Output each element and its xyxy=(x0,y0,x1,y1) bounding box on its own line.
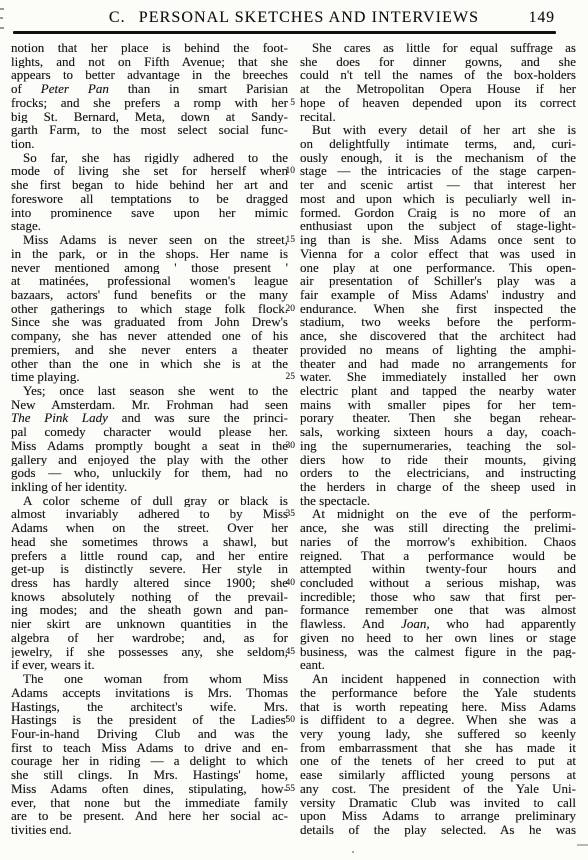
text-line: ing modes; and the sheath gown and pan- xyxy=(11,603,288,617)
text-line: the spectacle. xyxy=(300,494,576,508)
text-line: premiers, and she never enters a theater xyxy=(11,343,288,357)
text-line: she does for dinner gowns, and she xyxy=(300,55,576,69)
text-line: Hastings is the president of the Ladies' xyxy=(11,713,288,727)
line-number: 30 xyxy=(286,441,296,452)
text-line: ever, that none but the immediate family xyxy=(11,796,288,810)
text-line: At midnight on the eve of the perform- xyxy=(300,507,576,521)
text-line: ance, she discovered that the architect … xyxy=(300,329,576,343)
paragraph: She cares as little for equal suffrage a… xyxy=(300,41,576,123)
text-line: gallery and enjoyed the play with the ot… xyxy=(11,453,288,467)
text-line: Miss Adams often dines, stipulating, how… xyxy=(11,782,288,796)
paragraph: Miss Adams is never seen on the street,i… xyxy=(11,233,288,384)
paragraph: But with every detail of her art she iso… xyxy=(300,123,576,507)
text-line: New Amsterdam. Mr. Frohman had seen xyxy=(11,398,288,412)
text-line: formance remember one that was almost xyxy=(300,603,576,617)
text-line: appears to better advantage in the breec… xyxy=(11,68,288,82)
text-line: ing the supernumeraries, teaching the so… xyxy=(300,439,576,453)
text-line: get-up is distinctly severe. Her style i… xyxy=(11,562,288,576)
text-line: mains with smaller pipes for her tem- xyxy=(300,398,576,412)
text-line: the performance before the Yale students xyxy=(300,686,576,700)
line-number: 5 xyxy=(290,98,295,109)
text-line: big St. Bernard, Meta, down at Sandy- xyxy=(11,110,288,124)
text-line: hope of heaven depended upon its correct xyxy=(300,96,576,110)
text-line: enthusiast upon the subject of stage-lig… xyxy=(300,219,576,233)
text-line: tion. xyxy=(11,137,288,151)
paragraph: notion that her place is behind the foot… xyxy=(11,41,288,151)
text-line: company, she has never attended one of h… xyxy=(11,329,288,343)
text-line: one of the tenets of her creed to put at xyxy=(300,754,576,768)
text-line: business, was the calmest figure in the … xyxy=(300,645,576,659)
text-line: Four-in-hand Driving Club and was the xyxy=(11,727,288,741)
text-line: Adams accepts invitations is Mrs. Thomas xyxy=(11,686,288,700)
text-line: She cares as little for equal suffrage a… xyxy=(300,41,576,55)
text-line: naries of the morrow's exhibition. Chaos xyxy=(300,535,576,549)
text-line: Since she was graduated from John Drew's xyxy=(11,315,288,329)
text-line: very young lady, she suffered so keenly xyxy=(300,727,576,741)
text-line: could n't tell the names of the box-hold… xyxy=(300,68,576,82)
scan-artifact xyxy=(0,27,4,29)
text-line: the herders in charge of the sheep used … xyxy=(300,480,576,494)
scan-artifact xyxy=(352,851,354,853)
text-line: lights, and not on Fifth Avenue; that sh… xyxy=(11,55,288,69)
text-line: ter and scenic artist — that interest he… xyxy=(300,178,576,192)
text-line: Miss Adams is never seen on the street, xyxy=(11,233,288,247)
text-line: one play at one performance. This open- xyxy=(300,261,576,275)
text-line: ously enough, it is the mechanism of the xyxy=(300,151,576,165)
text-line: she still clings. In Mrs. Hastings' home… xyxy=(11,768,288,782)
text-line: Yes; once last season she went to the xyxy=(11,384,288,398)
text-line: water. She immediately installed her own xyxy=(300,370,576,384)
text-line: most and upon which is peculiarly well i… xyxy=(300,192,576,206)
line-number: 50 xyxy=(286,715,296,726)
text-line: into prominence save upon her mimic xyxy=(11,206,288,220)
page-title: PERSONAL SKETCHES AND INTERVIEWS xyxy=(139,9,479,26)
text-line: given no heed to her own lines or stage xyxy=(300,631,576,645)
text-line: stage. xyxy=(11,219,288,233)
text-line: versity Dramatic Club was invited to cal… xyxy=(300,796,576,810)
scan-artifact xyxy=(0,8,4,10)
text-line: almost invariably adhered to by Miss xyxy=(11,507,288,521)
text-line: notion that her place is behind the foot… xyxy=(11,41,288,55)
text-line: Miss Adams promptly bought a seat in the xyxy=(11,439,288,453)
text-line: garth Farm, to the most select social fu… xyxy=(11,123,288,137)
scan-artifact xyxy=(0,17,3,19)
text-line: ance, she was still directing the prelim… xyxy=(300,521,576,535)
text-line: The Pink Lady and was sure the princi- xyxy=(11,411,288,425)
text-line: reigned. That a performance would be xyxy=(300,549,576,563)
paragraph: Yes; once last season she went to theNew… xyxy=(11,384,288,494)
text-line: if ever, wears it. xyxy=(11,658,288,672)
text-line: air presentation of Schiller's play was … xyxy=(300,274,576,288)
text-line: tivities end. xyxy=(11,823,288,837)
text-line: attempted within twenty-four hours and xyxy=(300,562,576,576)
text-line: Adams when on the street. Over her xyxy=(11,521,288,535)
text-line: ease similarly afflicted young persons a… xyxy=(300,768,576,782)
text-line: other gatherings to which stage folk flo… xyxy=(11,302,288,316)
text-line: flawless. And Joan, who had apparently xyxy=(300,617,576,631)
text-line: gods — who, unluckily for them, had no xyxy=(11,466,288,480)
text-line: foreswore all temptations to be dragged xyxy=(11,192,288,206)
text-line: Hastings, the architect's wife. Mrs. xyxy=(11,700,288,714)
text-line: porary theater. Then she began rehear- xyxy=(300,411,576,425)
book-page: C.PERSONAL SKETCHES AND INTERVIEWS 149 n… xyxy=(0,0,588,860)
text-line: The one woman from whom Miss xyxy=(11,672,288,686)
text-line: other than the one in which she is at th… xyxy=(11,357,288,371)
text-line: formed. Gordon Craig is no more of an xyxy=(300,206,576,220)
text-line: nier skirt are unknown quantities in the xyxy=(11,617,288,631)
header-rule xyxy=(13,31,556,34)
text-line: incredible; those who saw that first per… xyxy=(300,590,576,604)
text-line: pal comedy character would please her. xyxy=(11,425,288,439)
text-line: courage her in riding — a delight to whi… xyxy=(11,754,288,768)
left-column: notion that her place is behind the foot… xyxy=(11,41,288,837)
text-line: But with every detail of her art she is xyxy=(300,123,576,137)
line-number: 45 xyxy=(286,647,296,658)
paragraph: An incident happened in connection witht… xyxy=(300,672,576,837)
paragraph: So far, she has rigidly adhered to themo… xyxy=(11,151,288,233)
text-line: mode of living she set for herself when xyxy=(11,164,288,178)
text-line: diers how to ride their mounts, giving xyxy=(300,453,576,467)
line-number: 25 xyxy=(286,372,296,383)
text-line: stage — the intricacies of the stage car… xyxy=(300,164,576,178)
text-line: in the park, or in the shops. Her name i… xyxy=(11,247,288,261)
text-line: frocks; and she prefers a romp with her xyxy=(11,96,288,110)
text-line: first to teach Miss Adams to drive and e… xyxy=(11,741,288,755)
scan-artifact xyxy=(577,844,588,846)
text-line: theater and had made no arrangements for xyxy=(300,357,576,371)
text-line: electric plant and tapped the nearby wat… xyxy=(300,384,576,398)
text-line: from embarrassment that she has made it xyxy=(300,741,576,755)
running-head: C.PERSONAL SKETCHES AND INTERVIEWS xyxy=(0,9,588,27)
text-line: stadium, two weeks before the perform- xyxy=(300,315,576,329)
text-line: Vienna for a color effect that was used … xyxy=(300,247,576,261)
text-line: upon Miss Adams to arrange preliminary xyxy=(300,809,576,823)
text-line: inkling of her identity. xyxy=(11,480,288,494)
text-line: fair example of Miss Adams' industry and xyxy=(300,288,576,302)
text-line: bazaars, actors' fund benefits or the ma… xyxy=(11,288,288,302)
line-number: 55 xyxy=(286,784,296,795)
paragraph: A color scheme of dull gray or black isa… xyxy=(11,494,288,672)
text-line: that is worth repeating here. Miss Adams xyxy=(300,700,576,714)
text-line: A color scheme of dull gray or black is xyxy=(11,494,288,508)
text-line: time playing. xyxy=(11,370,288,384)
line-number: 35 xyxy=(286,509,296,520)
text-line: An incident happened in connection with xyxy=(300,672,576,686)
text-line: ing than is she. Miss Adams once sent to xyxy=(300,233,576,247)
text-line: is diffident to a degree. When she was a xyxy=(300,713,576,727)
text-line: orders to the electricians, and instruct… xyxy=(300,466,576,480)
text-line: are to be present. And here her social a… xyxy=(11,809,288,823)
text-line: algebra of her wardrobe; and, as for xyxy=(11,631,288,645)
text-line: head she sometimes throws a shawl, but xyxy=(11,535,288,549)
line-number: 15 xyxy=(286,235,296,246)
line-number-gutter: 510152025303540455055 xyxy=(277,41,296,841)
text-line: prefers a little round cap, and her enti… xyxy=(11,549,288,563)
text-line: jewelry, if she possesses any, she seldo… xyxy=(11,645,288,659)
text-line: at matinées, professional women's league xyxy=(11,274,288,288)
line-number: 40 xyxy=(286,578,296,589)
text-line: provided no means of lighting the amphi- xyxy=(300,343,576,357)
paragraph: At midnight on the eve of the perform-an… xyxy=(300,507,576,672)
text-line: at the Metropolitan Opera House if her xyxy=(300,82,576,96)
text-line: endurance. When she first inspected the xyxy=(300,302,576,316)
text-line: dress has hardly altered since 1900; she xyxy=(11,576,288,590)
text-line: of Peter Pan than in smart Parisian xyxy=(11,82,288,96)
right-column: She cares as little for equal suffrage a… xyxy=(300,41,576,837)
paragraph: The one woman from whom MissAdams accept… xyxy=(11,672,288,837)
text-line: eant. xyxy=(300,658,576,672)
text-line: never mentioned among ' those present ' xyxy=(11,261,288,275)
text-line: concluded without a serious mishap, was xyxy=(300,576,576,590)
text-line: knows absolutely nothing of the prevail- xyxy=(11,590,288,604)
text-line: recital. xyxy=(300,110,576,124)
text-line: any cost. The president of the Yale Uni- xyxy=(300,782,576,796)
line-number: 20 xyxy=(286,304,296,315)
page-number: 149 xyxy=(529,9,555,27)
text-line: details of the play selected. As he was xyxy=(300,823,576,837)
text-line: she first began to hide behind her art a… xyxy=(11,178,288,192)
line-number: 10 xyxy=(286,166,296,177)
section-letter: C. xyxy=(109,9,126,26)
text-line: on delightfully intimate terms, and, cur… xyxy=(300,137,576,151)
text-line: sals, working sixteen hours a day, coach… xyxy=(300,425,576,439)
text-line: So far, she has rigidly adhered to the xyxy=(11,151,288,165)
